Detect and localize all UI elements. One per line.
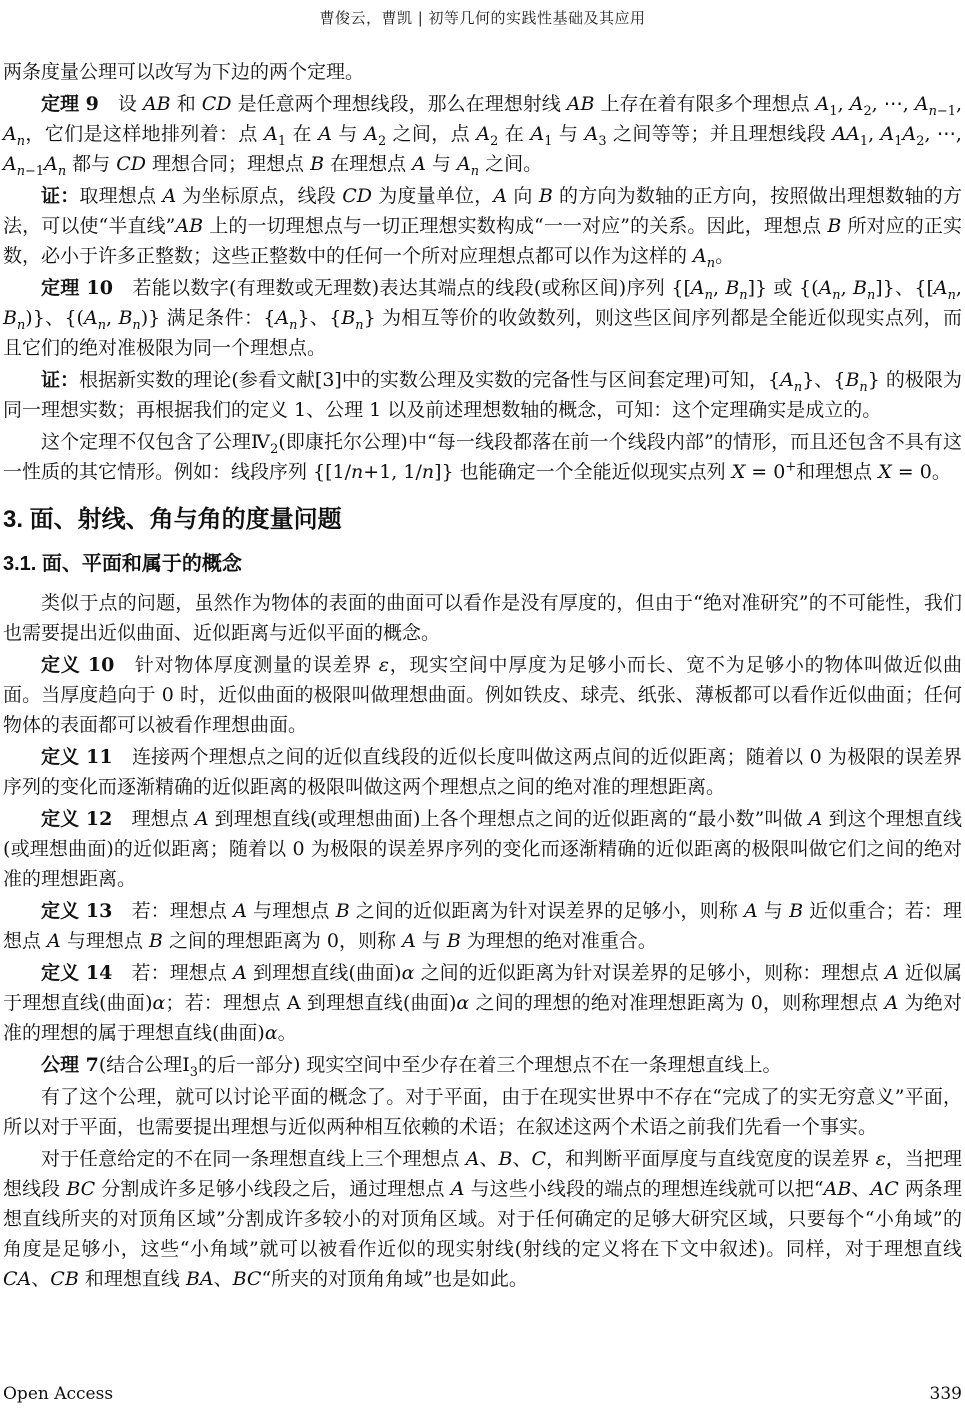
definition-13: 定义 13 若：理想点 A 与理想点 B 之间的近似距离为针对误差界的足够小，则…	[3, 896, 962, 956]
proof-theorem-10: 证：根据新实数的理论(参看文献[3]中的实数公理及实数的完备性与区间套定理)可知…	[3, 365, 962, 425]
theorem-9: 定理 9 设 AB 和 CD 是任意两个理想线段，那么在理想射线 AB 上存在着…	[3, 89, 962, 179]
paragraph-fact: 对于任意给定的不在同一条理想直线上三个理想点 A、B、C，和判断平面厚度与直线宽…	[3, 1144, 962, 1294]
remark-cantor-axiom: 这个定理不仅包含了公理Ⅳ2(即康托尔公理)中“每一线段都落在前一个线段内部”的情…	[3, 427, 962, 487]
open-access-label: Open Access	[3, 1384, 113, 1404]
section-3-1-heading: 3.1. 面、平面和属于的概念	[3, 550, 962, 578]
running-header-title: 曹俊云，曹凯 | 初等几何的实践性基础及其应用	[319, 9, 645, 27]
axiom-7: 公理 7(结合公理Ⅰ3的后一部分) 现实空间中至少存在着三个理想点不在一条理想直…	[3, 1050, 962, 1080]
paragraph-intro: 两条度量公理可以改写为下边的两个定理。	[3, 57, 962, 87]
definition-12: 定义 12 理想点 A 到理想直线(或理想曲面)上各个理想点之间的近似距离的“最…	[3, 804, 962, 894]
paper-page: 曹俊云，曹凯 | 初等几何的实践性基础及其应用 两条度量公理可以改写为下边的两个…	[0, 0, 965, 1414]
page-content: 两条度量公理可以改写为下边的两个定理。 定理 9 设 AB 和 CD 是任意两个…	[0, 28, 965, 1294]
page-footer: Open Access 339	[3, 1384, 962, 1404]
definition-14: 定义 14 若：理想点 A 到理想直线(曲面)α 之间的近似距离为针对误差界的足…	[3, 958, 962, 1048]
theorem-10: 定理 10 若能以数字(有理数或无理数)表达其端点的线段(或称区间)序列 {[A…	[3, 273, 962, 363]
paragraph-surface-intro: 类似于点的问题，虽然作为物体的表面的曲面可以看作是没有厚度的，但由于“绝对准研究…	[3, 588, 962, 648]
paragraph-plane-intro: 有了这个公理，就可以讨论平面的概念了。对于平面，由于在现实世界中不存在“完成了的…	[3, 1082, 962, 1142]
page-number: 339	[930, 1384, 962, 1404]
proof-theorem-9: 证：取理想点 A 为坐标原点，线段 CD 为度量单位，A 向 B 的方向为数轴的…	[3, 181, 962, 271]
running-header: 曹俊云，曹凯 | 初等几何的实践性基础及其应用	[0, 0, 965, 28]
definition-11: 定义 11 连接两个理想点之间的近似直线段的近似长度叫做这两点间的近似距离；随着…	[3, 742, 962, 802]
section-3-heading: 3. 面、射线、角与角的度量问题	[3, 504, 962, 536]
definition-10: 定义 10 针对物体厚度测量的误差界 ε，现实空间中厚度为足够小而长、宽不为足够…	[3, 650, 962, 740]
